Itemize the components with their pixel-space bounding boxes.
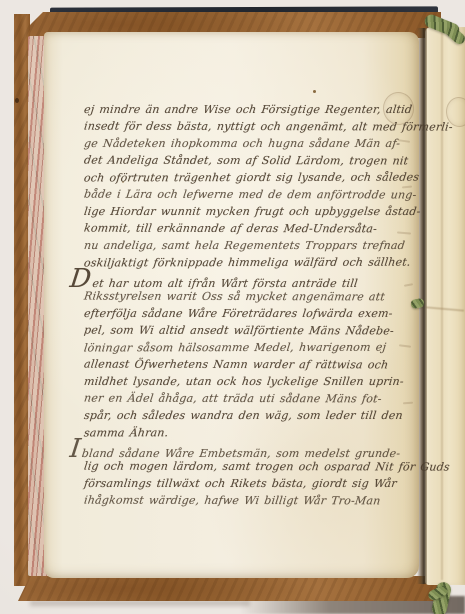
manuscript-line: både i Lära och lefwerne med de dem anfö… bbox=[83, 186, 421, 204]
manuscript-line: insedt för dess bästa, nyttigt och angen… bbox=[83, 118, 421, 136]
manuscript-line: ge Nådeteken ihopkomma och hugna sådane … bbox=[83, 135, 421, 152]
manuscript-line: Riksstyrelsen warit Oss så mycket angenä… bbox=[83, 288, 421, 306]
manuscript-line: efterfölja sådane Wåre Företrädares lofw… bbox=[83, 305, 421, 322]
manuscript-line: lige Hiordar wunnit mycken frugt och upb… bbox=[83, 203, 421, 220]
manuscript-line: löningar såsom hälsosamme Medel, hwarige… bbox=[83, 339, 421, 357]
manuscript-line: ner en Ädel åhåga, att träda uti sådane … bbox=[83, 390, 421, 408]
manuscript-text: ej mindre än andre Wise och Försigtige R… bbox=[84, 101, 420, 509]
foxing-speck bbox=[313, 90, 316, 93]
next-page-crease-vertical bbox=[441, 30, 443, 580]
manuscript-line: spår, och således wandra den wäg, som le… bbox=[83, 407, 421, 424]
manuscript-line: samma Ähran. bbox=[83, 424, 421, 442]
manuscript-line: pel, som Wi altid ansedt wälförtiente Mä… bbox=[83, 322, 421, 340]
binding-speck bbox=[15, 98, 19, 103]
manuscript-line: nu andeliga, samt hela Regementets Tropp… bbox=[83, 237, 421, 254]
manuscript-line: lig och mogen lärdom, samt trogen och os… bbox=[83, 458, 421, 476]
manuscript-line: mildhet lysande, utan ock hos lyckelige … bbox=[83, 373, 421, 390]
manuscript-line: allenast Öfwerhetens Namn warder af rätt… bbox=[83, 356, 421, 374]
manuscript-line-paragraph-start: Det har utom alt ifrån Wårt första anträ… bbox=[83, 271, 421, 288]
manuscript-line: församlings tillwäxt och Rikets bästa, g… bbox=[83, 475, 421, 492]
manuscript-line: det Andeliga Ståndet, som af Solid Lärdo… bbox=[83, 152, 421, 170]
manuscript-line: och oförtruten trägenhet giordt sig lysa… bbox=[83, 169, 421, 187]
manuscript-line: ej mindre än andre Wise och Försigtige R… bbox=[83, 101, 421, 118]
manuscript-line: kommit, till erkännande af deras Med-Und… bbox=[83, 220, 421, 238]
manuscript-line: oskiljaktigt förknippade himmeliga wälfä… bbox=[83, 254, 421, 272]
leather-binding-bottom bbox=[18, 576, 448, 601]
manuscript-line: ihågkomst wärdige, hafwe Wi billigt Wår … bbox=[83, 492, 421, 510]
photographed-manuscript-book: ej mindre än andre Wise och Försigtige R… bbox=[0, 0, 465, 614]
manuscript-line-paragraph-start: Ibland sådane Wåre Embetsmän, som medels… bbox=[83, 441, 421, 458]
